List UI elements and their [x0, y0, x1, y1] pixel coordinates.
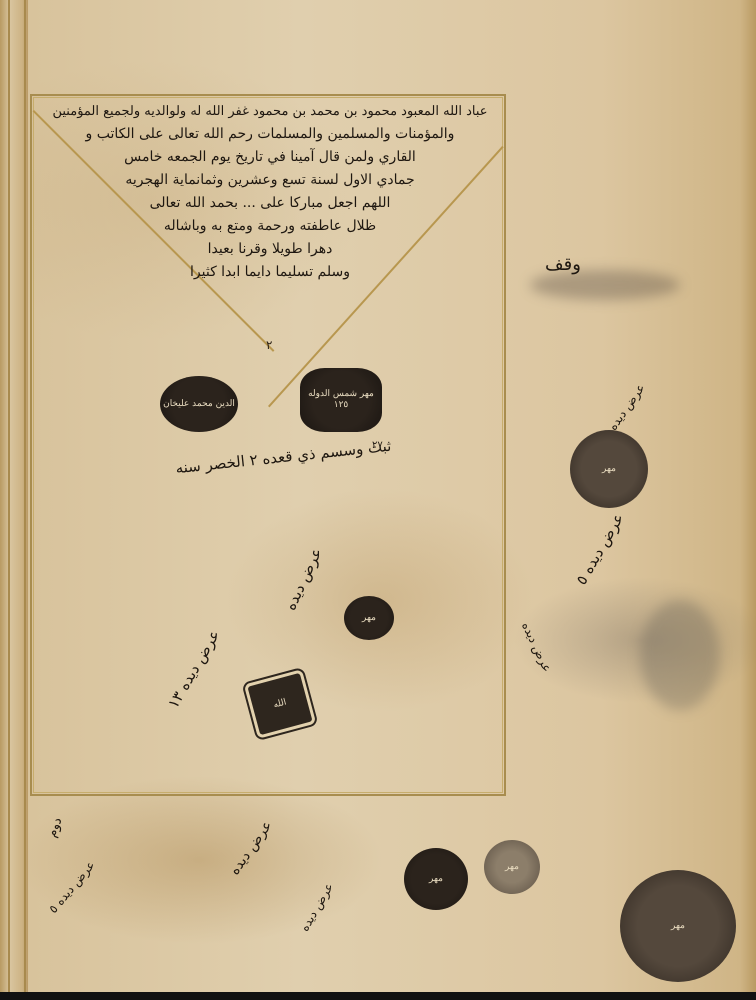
seal-text: الدين محمد علیخان: [163, 399, 235, 410]
stamp-note-number: ٢٧: [372, 440, 383, 451]
seal-text: مهر: [505, 862, 519, 873]
seal-text: مهر شمس الدوله ١٢٥: [300, 389, 382, 411]
marginal-note: عرض دیده: [606, 381, 648, 433]
marginal-note: عرض دیده: [519, 620, 554, 674]
marginal-note: دوم: [45, 815, 66, 839]
seal-right-round: مهر: [570, 430, 648, 508]
colophon-line: والمؤمنات والمسلمين والمسلمات رحم الله ت…: [40, 123, 500, 146]
seal-text: الله: [272, 697, 287, 711]
book-spine: [0, 0, 28, 992]
colophon-line: دهرا طويلا وقرنا بعيدا: [40, 238, 500, 261]
seal-text: مهر: [602, 464, 616, 475]
seal-text: مهر: [671, 921, 685, 932]
colophon-line: جمادي الاول لسنة تسع وعشرين وثمانماية ال…: [40, 169, 500, 192]
seal-bottom-light: مهر: [484, 840, 540, 894]
colophon-line: القاري ولمن قال آمينا في تاريخ يوم الجمع…: [40, 146, 500, 169]
spine-rule: [8, 0, 10, 992]
colophon-text: عباد الله المعبود محمود بن محمد بن محمود…: [40, 100, 500, 284]
seal-bottom-large: مهر: [620, 870, 736, 982]
colophon-line: ظلال عاطفته ورحمة ومتع به وباشاله: [40, 215, 500, 238]
seal-center-small: مهر: [344, 596, 394, 640]
colophon-line: وسلم تسليما دايما ابدا كثيرا: [40, 261, 500, 284]
marginal-note: عرض دیده: [227, 818, 276, 878]
seal-bottom-dark: مهر: [404, 848, 468, 910]
spine-rule: [24, 0, 26, 992]
marginal-note: عرض دیده: [297, 880, 336, 933]
seal-oval-left: الدين محمد علیخان: [160, 376, 238, 432]
right-margin-word: وقف: [545, 254, 581, 275]
stain: [640, 600, 720, 710]
folio-number: ٢: [266, 338, 272, 352]
marginal-note: عرض دیده ٥: [46, 858, 98, 916]
colophon-line: عباد الله المعبود محمود بن محمد بن محمود…: [40, 100, 500, 123]
manuscript-page: عباد الله المعبود محمود بن محمد بن محمود…: [0, 0, 756, 992]
colophon-line: اللهم اجعل مباركا على ... بحمد الله تعال…: [40, 192, 500, 215]
marginal-note: عرض دیده ٥: [572, 510, 627, 588]
seal-text: مهر: [362, 613, 376, 624]
seal-text: مهر: [429, 874, 443, 885]
seal-octagon: مهر شمس الدوله ١٢٥: [300, 368, 382, 432]
scan-edge: [0, 992, 756, 1000]
